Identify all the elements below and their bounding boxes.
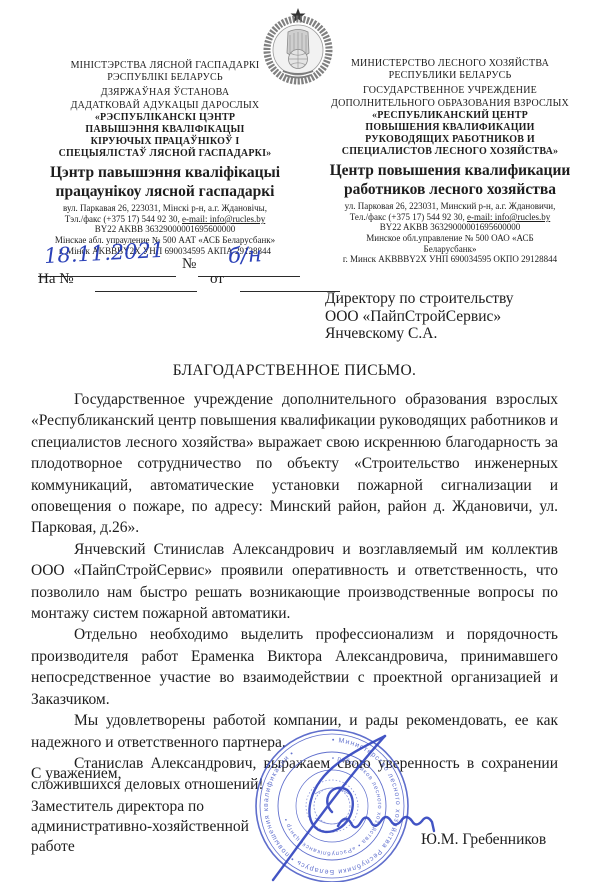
center-name-ru: Центр повышения квалификации [322, 161, 578, 180]
email-by: e-mail: info@rucles.by [182, 214, 265, 224]
addressee-company: ООО «ПайпСтройСервис» [325, 308, 565, 326]
paragraph: Отдельно необходимо выделить профессиона… [31, 624, 558, 710]
signer-position-line: Заместитель директора по [31, 797, 271, 817]
na-number-label: На № [38, 271, 74, 288]
iban-by: BY22 AKBB 36329000001695600000 [28, 224, 302, 235]
letter-page: МІНІСТЭРСТВА ЛЯСНОЙ ГАСПАДАРКІ РЭСПУБЛІК… [0, 0, 589, 882]
org-name-by: «РЭСПУБЛІКАНСКІ ЦЭНТР [28, 112, 302, 124]
handwritten-date: 18.11.2021 [43, 238, 164, 268]
org-name-by: ПАВЫШЭННЯ КВАЛІФІКАЦЫІ [28, 124, 302, 136]
org-type-ru: ГОСУДАРСТВЕННОЕ УЧРЕЖДЕНИЕ [322, 85, 578, 97]
street-address-by: вул. Паркавая 26, 223031, Мінскі р-н, а.… [28, 203, 302, 214]
svg-text:• работников лесного хозяйства: • работников лесного хозяйства • «Рэспуб… [284, 756, 382, 856]
signer-position-line: работе [31, 837, 271, 857]
bank-ru: Минское обл.управление № 500 ОАО «АСБ [322, 233, 578, 244]
ministry-name-by: МІНІСТЭРСТВА ЛЯСНОЙ ГАСПАДАРКІ [28, 60, 302, 72]
ministry-name-ru: РЕСПУБЛИКИ БЕЛАРУСЬ [322, 70, 578, 82]
org-name-ru: РУКОВОДЯЩИХ РАБОТНИКОВ И [322, 134, 578, 146]
center-name-ru: работников лесного хозяйства [322, 180, 578, 199]
na-underline [95, 291, 197, 292]
org-name-ru: «РЕСПУБЛИКАНСКИЙ ЦЕНТР [322, 110, 578, 122]
ot-label: от [210, 271, 224, 288]
iban-ru: BY22 AKBB 36329000001695600000 [322, 222, 578, 233]
stamp-inner-ring-text: • работников лесного хозяйства • «Рэспуб… [284, 756, 382, 856]
official-stamp: • Министерство лесного хозяйства Республ… [245, 722, 480, 882]
phone-by: Тэл./факс (+375 17) 544 92 30, [65, 214, 182, 224]
number-sign: № [182, 256, 196, 273]
bank-ru: Беларусбанк» [322, 244, 578, 255]
center-name-by: Цэнтр павышэння кваліфікацыі [28, 163, 302, 182]
letterhead-left: МІНІСТЭРСТВА ЛЯСНОЙ ГАСПАДАРКІ РЭСПУБЛІК… [28, 60, 302, 256]
address-ru: ул. Парковая 26, 223031, Минский р-н, а.… [322, 201, 578, 265]
phone-email-ru: Тел./факс (+375 17) 544 92 30, e-mail: i… [322, 212, 578, 223]
org-name-by: КІРУЮЧЫХ ПРАЦАЎНІКОЎ І [28, 136, 302, 148]
org-type-by: ДЗЯРЖАЎНАЯ ЎСТАНОВА [28, 87, 302, 99]
org-name-ru: СПЕЦИАЛИСТОВ ЛЕСНОГО ХОЗЯЙСТВА» [322, 146, 578, 158]
addressee-person: Янчевскому С.А. [325, 325, 565, 343]
paragraph: Янчевский Стинислав Александрович и возг… [31, 539, 558, 625]
regards-line: С уважением, [31, 764, 122, 784]
letterhead-right: МИНИСТЕРСТВО ЛЕСНОГО ХОЗЯЙСТВА РЕСПУБЛИК… [322, 58, 578, 265]
signer-position-line: административно-хозяйственной [31, 817, 271, 837]
street-address-ru: ул. Парковая 26, 223031, Минский р-н, а.… [322, 201, 578, 212]
org-type-ru: ДОПОЛНИТЕЛЬНОГО ОБРАЗОВАНИЯ ВЗРОСЛЫХ [322, 98, 578, 110]
org-name-ru: ПОВЫШЕНИЯ КВАЛИФИКАЦИИ [322, 122, 578, 134]
phone-ru: Тел./факс (+375 17) 544 92 30, [350, 212, 467, 222]
center-name-by: працаунікоу лясной гаспадаркі [28, 182, 302, 201]
handwritten-number: б/н [227, 242, 262, 268]
addressee-position: Директору по строительству [325, 290, 565, 308]
phone-email-by: Тэл./факс (+375 17) 544 92 30, e-mail: i… [28, 214, 302, 225]
paragraph: Государственное учреждение дополнительно… [31, 389, 558, 539]
email-ru: e-mail: info@rucles.by [467, 212, 550, 222]
addressee-block: Директору по строительству ООО «ПайпСтро… [325, 290, 565, 343]
registration-ru: г. Минск AKBBBY2X УНП 690034595 ОКПО 291… [322, 254, 578, 265]
org-type-by: ДАДАТКОВАЙ АДУКАЦЫІ ДАРОСЛЫХ [28, 100, 302, 112]
signer-position: Заместитель директора по административно… [31, 797, 271, 857]
ministry-name-ru: МИНИСТЕРСТВО ЛЕСНОГО ХОЗЯЙСТВА [322, 58, 578, 70]
org-name-by: СПЕЦЫЯЛІСТАЎ ЛЯСНОЙ ГАСПАДАРКІ» [28, 148, 302, 160]
ministry-name-by: РЭСПУБЛІКІ БЕЛАРУСЬ [28, 72, 302, 84]
letter-title: БЛАГОДАРСТВЕННОЕ ПИСЬМО. [31, 362, 558, 380]
